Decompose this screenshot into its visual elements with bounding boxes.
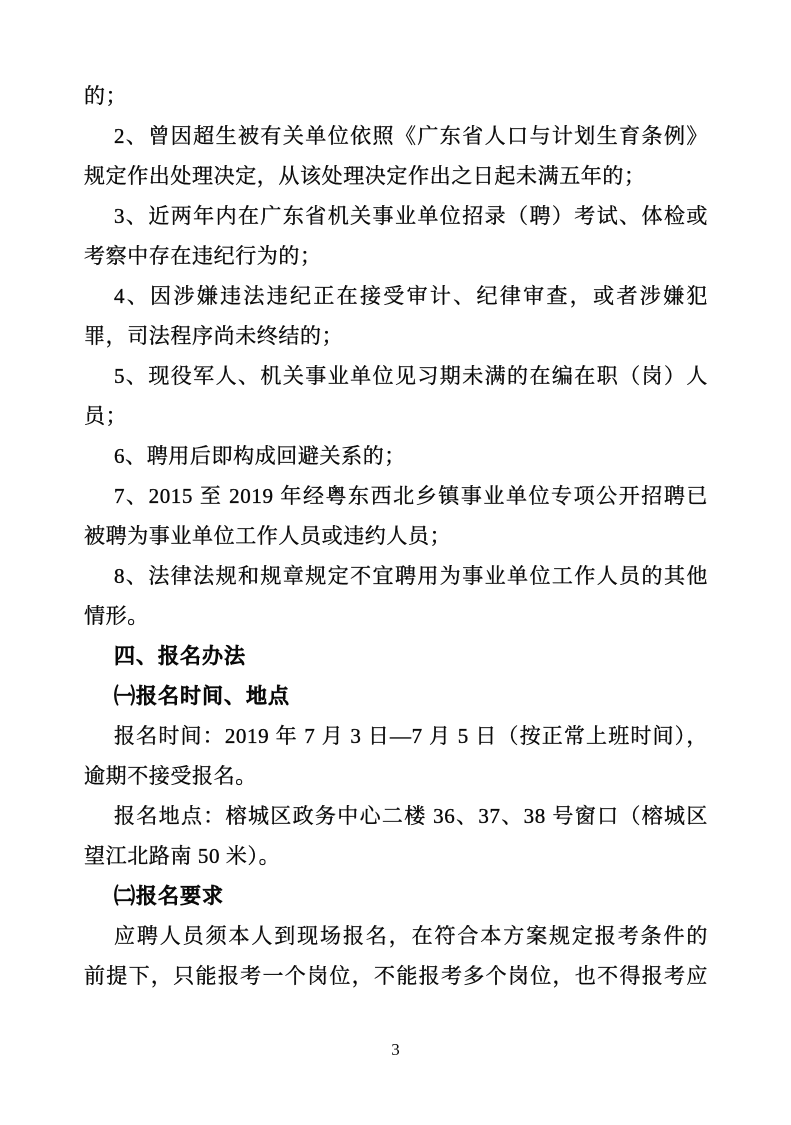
text-line: 应聘人员须本人到现场报名，在符合本方案规定报考条件的 [84, 916, 708, 956]
text-line-item-5: 5、现役军人、机关事业单位见习期未满的在编在职（岗）人 [84, 356, 708, 396]
text-line-registration-time: 报名时间：2019 年 7 月 3 日—7 月 5 日（按正常上班时间）， [84, 716, 708, 756]
text-line: 逾期不接受报名。 [84, 756, 708, 796]
text-line-registration-place: 报名地点：榕城区政务中心二楼 36、37、38 号窗口（榕城区 [84, 796, 708, 836]
text-line: 情形。 [84, 596, 708, 636]
text-line-item-3: 3、近两年内在广东省机关事业单位招录（聘）考试、体检或 [84, 196, 708, 236]
subsection-heading-requirement: ㈡报名要求 [84, 876, 708, 916]
text-line: 考察中存在违纪行为的； [84, 236, 708, 276]
document-body: 的； 2、曾因超生被有关单位依照《广东省人口与计划生育条例》 规定作出处理决定，… [84, 76, 708, 996]
text-line: 的； [84, 76, 708, 116]
text-line-item-4: 4、因涉嫌违法违纪正在接受审计、纪律审查，或者涉嫌犯 [84, 276, 708, 316]
text-line-item-7: 7、2015 至 2019 年经粤东西北乡镇事业单位专项公开招聘已 [84, 476, 708, 516]
text-line-item-8: 8、法律法规和规章规定不宜聘用为事业单位工作人员的其他 [84, 556, 708, 596]
text-line: 被聘为事业单位工作人员或违约人员； [84, 516, 708, 556]
subsection-heading-time-place: ㈠报名时间、地点 [84, 676, 708, 716]
page-number: 3 [0, 1040, 791, 1060]
text-line-item-6: 6、聘用后即构成回避关系的； [84, 436, 708, 476]
document-page: 的； 2、曾因超生被有关单位依照《广东省人口与计划生育条例》 规定作出处理决定，… [0, 0, 791, 1125]
text-line: 罪，司法程序尚未终结的； [84, 316, 708, 356]
text-line-item-2: 2、曾因超生被有关单位依照《广东省人口与计划生育条例》 [84, 116, 708, 156]
section-heading-registration: 四、报名办法 [84, 636, 708, 676]
text-line: 望江北路南 50 米）。 [84, 836, 708, 876]
text-line: 前提下，只能报考一个岗位，不能报考多个岗位，也不得报考应 [84, 956, 708, 996]
text-line: 员； [84, 396, 708, 436]
text-line: 规定作出处理决定，从该处理决定作出之日起未满五年的； [84, 156, 708, 196]
